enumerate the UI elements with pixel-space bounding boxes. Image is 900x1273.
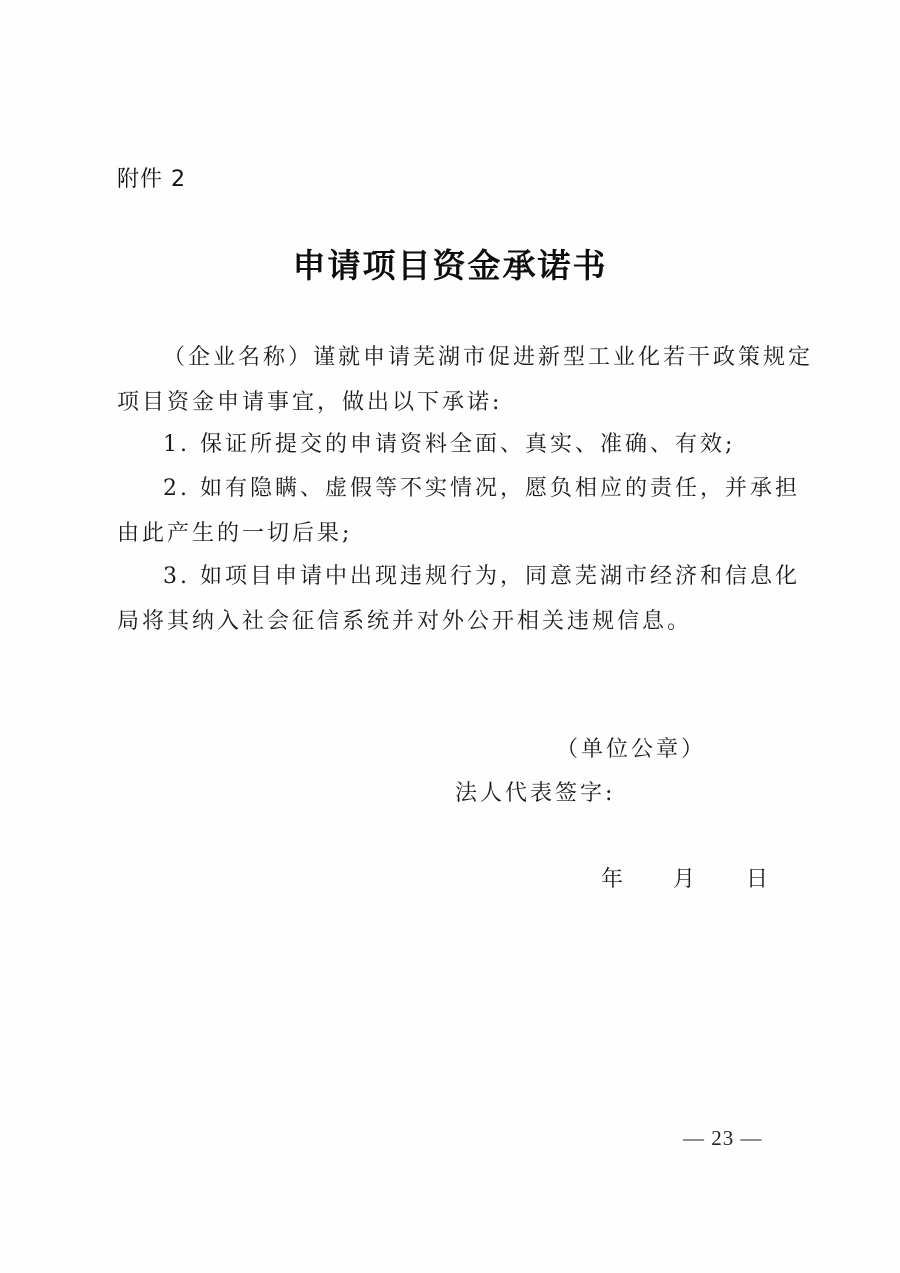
intro-line-1: （企业名称）谨就申请芜湖市促进新型工业化若干政策规定 <box>163 340 813 371</box>
commitment-item-2-line-1: 2. 如有隐瞒、虚假等不实情况，愿负相应的责任，并承担 <box>163 471 800 502</box>
commitment-item-3-line-2: 局将其纳入社会征信系统并对外公开相关违规信息。 <box>117 604 692 635</box>
legal-representative-signature-label: 法人代表签字: <box>455 776 615 807</box>
company-seal-label: （单位公章） <box>556 732 706 763</box>
page-number: — 23 — <box>683 1126 763 1151</box>
date-month-label: 月 <box>673 862 695 893</box>
date-year-label: 年 <box>601 862 623 893</box>
commitment-item-1: 1. 保证所提交的申请资料全面、真实、准确、有效; <box>163 427 735 458</box>
attachment-label: 附件 2 <box>117 162 186 193</box>
intro-line-2: 项目资金申请事宜，做出以下承诺: <box>117 385 502 416</box>
commitment-item-3-line-1: 3. 如项目申请中出现违规行为，同意芜湖市经济和信息化 <box>163 559 800 590</box>
commitment-item-2-line-2: 由此产生的一切后果; <box>117 516 352 547</box>
date-day-label: 日 <box>746 862 768 893</box>
document-title: 申请项目资金承诺书 <box>0 240 900 287</box>
